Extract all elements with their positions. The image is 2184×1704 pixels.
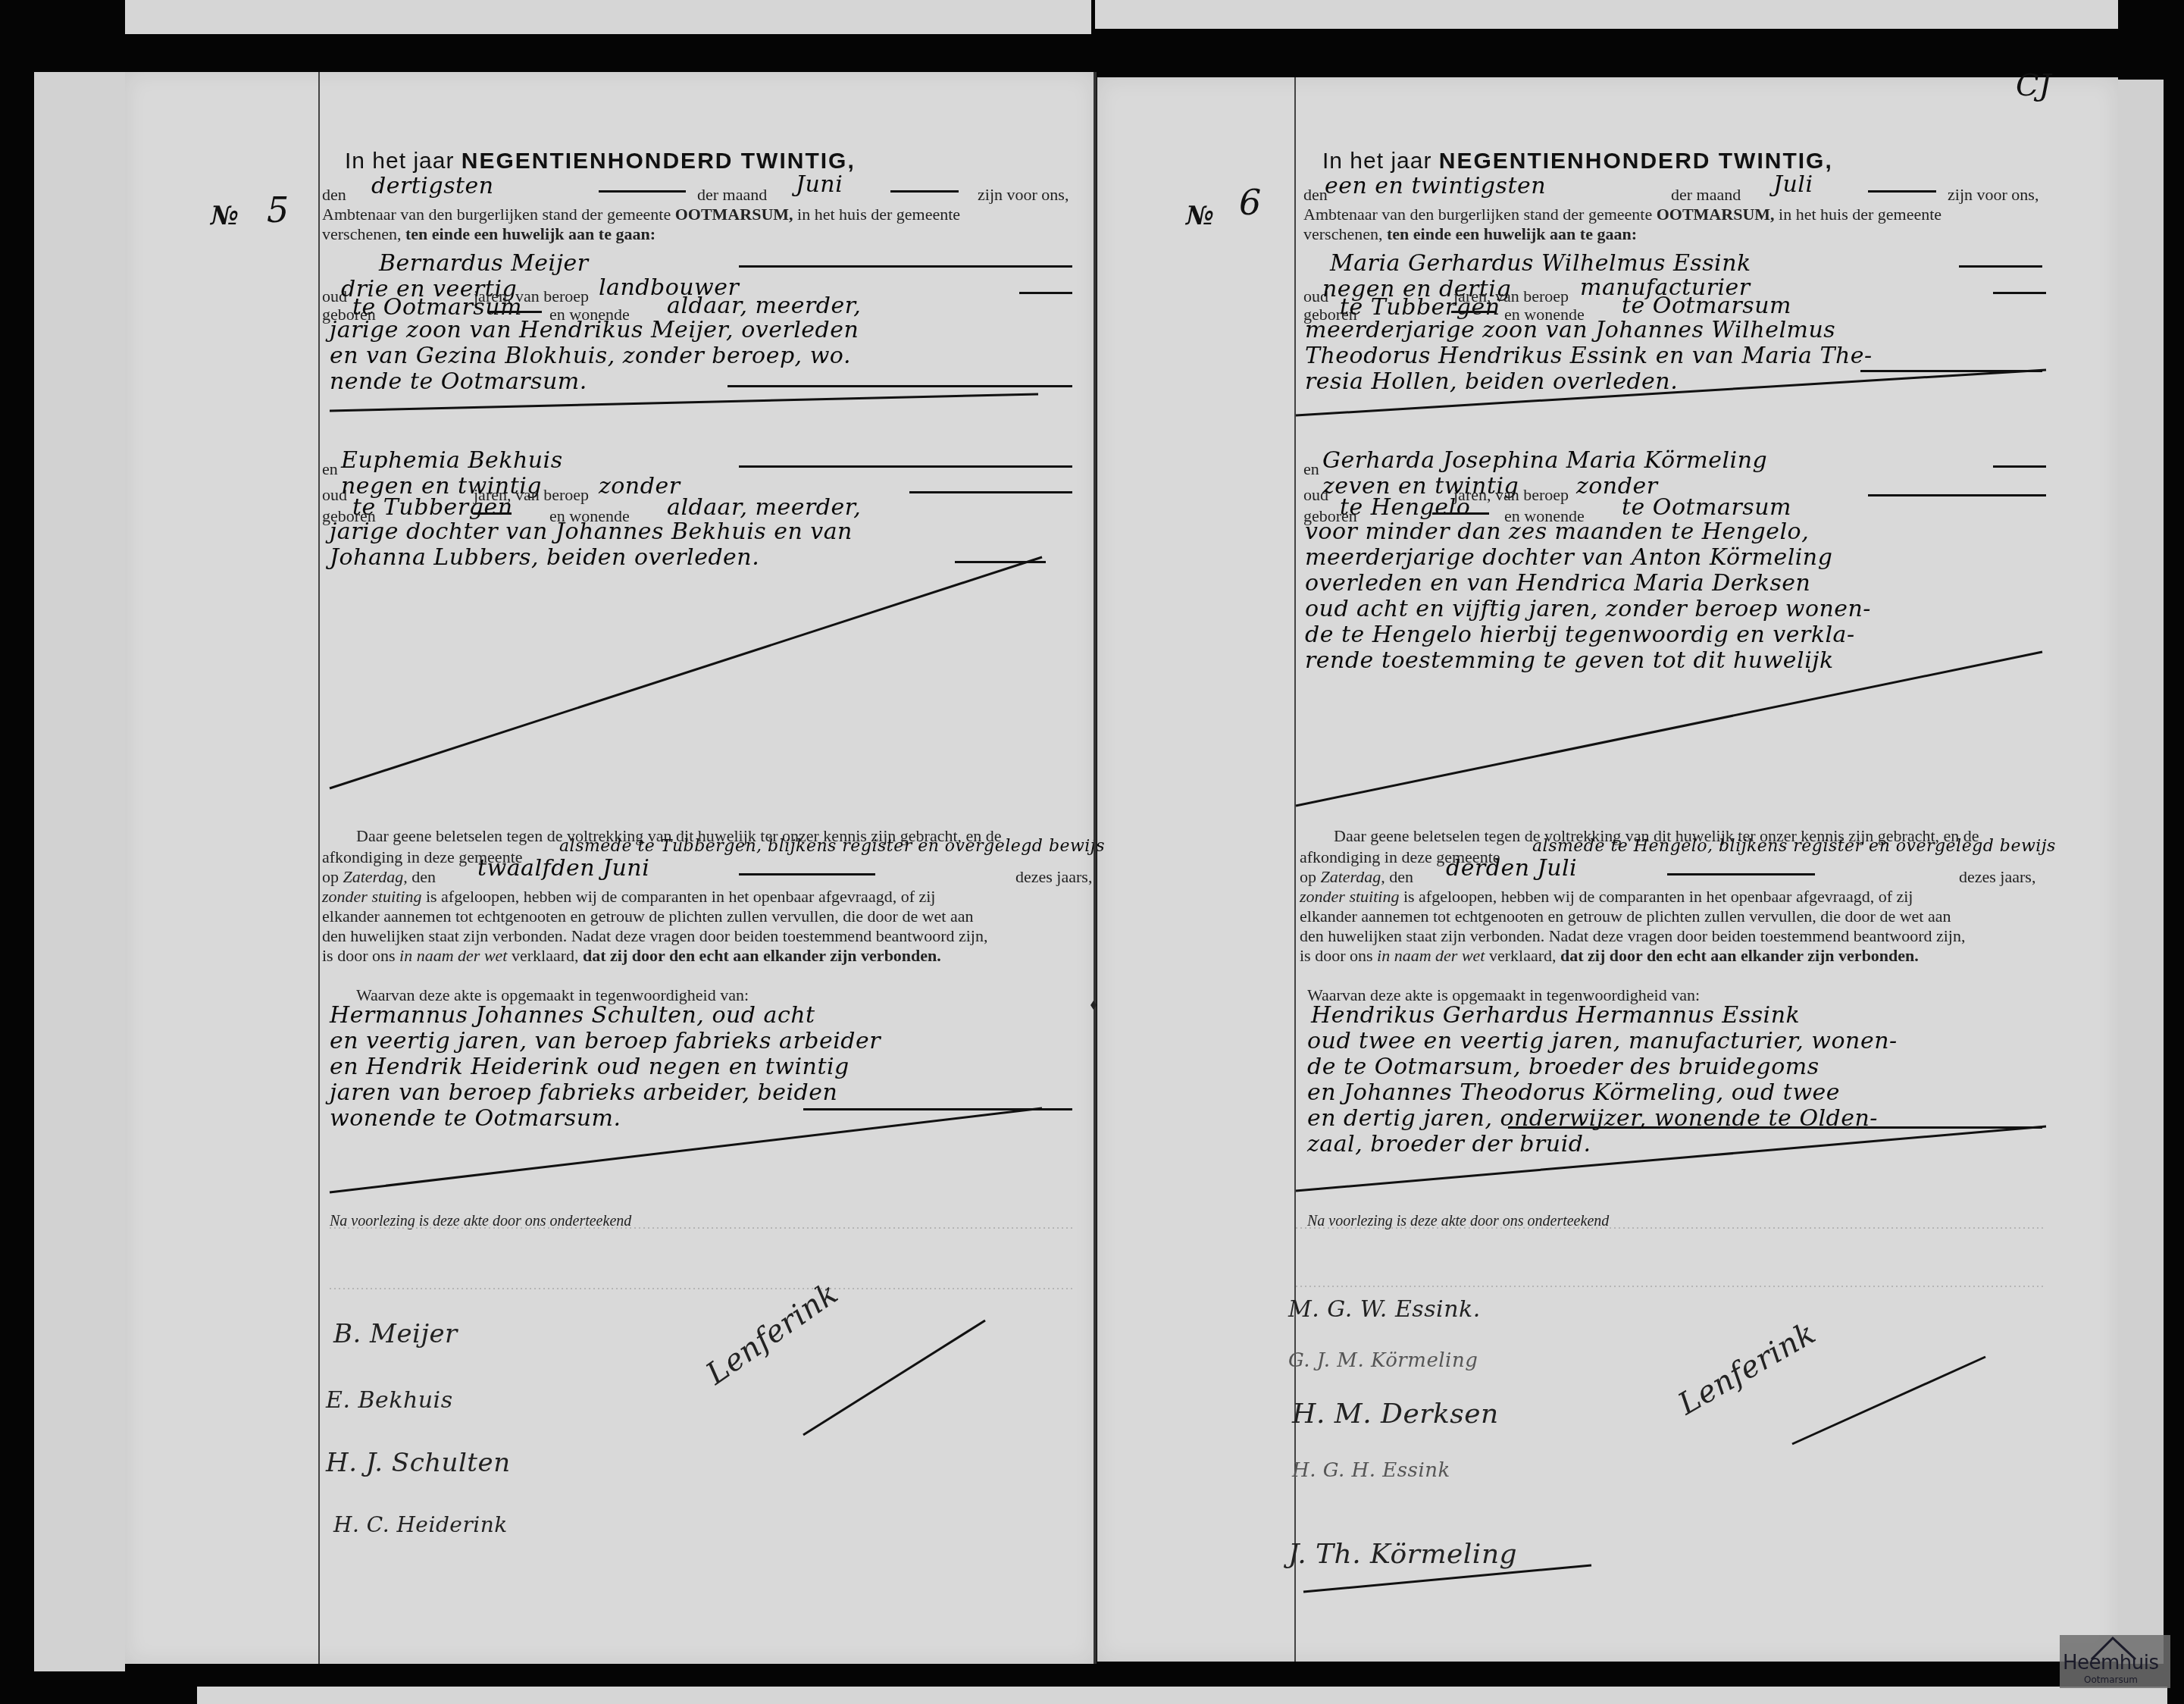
- municipality: OOTMARSUM,: [675, 205, 793, 224]
- label-der-maand: der maand: [1671, 185, 1741, 205]
- groom-extra-line: nende te Ootmarsum.: [330, 368, 587, 395]
- line-huwelijken: den huwelijken staat zijn verbonden. Nad…: [1300, 926, 1965, 946]
- witness-line: en Hendrik Heiderink oud negen en twinti…: [330, 1054, 850, 1080]
- underlying-page-left-edge: [34, 72, 125, 1671]
- label-ambtenaar: Ambtenaar van den burgerlijken stand der…: [1303, 205, 1652, 224]
- label-jaren-beroep: jaren, van beroep: [1453, 485, 1569, 505]
- next-page-strip-bottom: [197, 1687, 2167, 1704]
- label-na-voorlezing: Na voorlezing is deze akte door ons onde…: [1307, 1211, 1609, 1231]
- bride-name: Euphemia Bekhuis: [341, 447, 563, 474]
- fill-rule: [1667, 873, 1815, 875]
- signature: H. J. Schulten: [326, 1448, 511, 1478]
- label-huis: in het huis der gemeente: [1779, 205, 1942, 224]
- label-na-voorlezing: Na voorlezing is deze akte door ons onde…: [330, 1211, 631, 1231]
- heading: In het jaar NEGENTIENHONDERD TWINTIG,: [345, 152, 856, 171]
- label-zaterdag: Zaterdag,: [343, 867, 408, 886]
- bride-extra-line: Johanna Lubbers, beiden overleden.: [330, 544, 759, 571]
- fill-rule: [599, 190, 686, 193]
- line-verschenen: verschenen, ten einde een huwelijk aan t…: [322, 224, 656, 244]
- label-op: op: [1300, 867, 1316, 886]
- marriage-day: een en twintigsten: [1325, 173, 1546, 199]
- label-is-door-ons: is door ons: [1300, 946, 1373, 965]
- signature: G. J. M. Körmeling: [1288, 1349, 1478, 1372]
- label-dat-zij: dat zij door den echt aan elkander zijn …: [583, 946, 941, 965]
- fill-rule: [1508, 1126, 2042, 1129]
- witness-line: zaal, broeder der bruid.: [1307, 1131, 1591, 1157]
- label-zonder-stuiting: zonder stuiting: [1300, 887, 1399, 906]
- fill-rule: [739, 465, 1072, 468]
- line-verklaard: is door ons in naam der wet verklaard, d…: [1300, 946, 1919, 966]
- label-verklaard: verklaard,: [1489, 946, 1557, 965]
- previous-page-strip-top: [125, 0, 1091, 34]
- label-en: en: [1303, 459, 1319, 479]
- groom-name: Maria Gerhardus Wilhelmus Essink: [1330, 250, 1751, 277]
- witness-line: en veertig jaren, van beroep fabrieks ar…: [330, 1028, 881, 1054]
- fill-rule: [739, 265, 1072, 268]
- fill-rule: [1868, 494, 2046, 496]
- line-stuiting: zonder stuiting is afgeloopen, hebben wi…: [322, 887, 935, 907]
- groom-extra-line: en van Gezina Blokhuis, zonder beroep, w…: [330, 343, 851, 369]
- fill-rule: [489, 311, 542, 313]
- label-dezes-jaars: dezes jaars,: [1015, 867, 1092, 887]
- label-huis: in het huis der gemeente: [797, 205, 960, 224]
- signature: E. Bekhuis: [326, 1387, 453, 1414]
- label-den: den: [1389, 867, 1413, 886]
- fill-rule: [909, 491, 1072, 493]
- marriage-month: Juli: [1773, 171, 1813, 198]
- label-afgeloopen: is afgeloopen, hebben wij de comparanten…: [426, 887, 936, 906]
- label-der-maand: der maand: [697, 185, 767, 205]
- page-margin-line: [318, 72, 320, 1664]
- witness-line: wonende te Ootmarsum.: [330, 1105, 621, 1132]
- fill-rule: [1993, 292, 2046, 294]
- label-den: den: [411, 867, 436, 886]
- label-zonder-stuiting: zonder stuiting: [322, 887, 421, 906]
- label-ambtenaar: Ambtenaar van den burgerlijken stand der…: [322, 205, 671, 224]
- groom-extra-line: Theodorus Hendrikus Essink en van Maria …: [1305, 343, 1873, 369]
- groom-residence: te Ootmarsum: [1622, 293, 1791, 319]
- line-huwelijken: den huwelijken staat zijn verbonden. Nad…: [322, 926, 987, 946]
- groom-name: Bernardus Meijer: [379, 250, 589, 277]
- bride-birthplace: te Hengelo: [1340, 494, 1470, 521]
- zaterdag-date: derden Juli: [1446, 855, 1577, 882]
- bride-extra-line: overleden en van Hendrica Maria Derksen: [1305, 570, 1810, 597]
- label-in-naam: in naam der wet: [399, 946, 507, 965]
- bride-residence: te Ootmarsum: [1622, 494, 1791, 521]
- fill-rule: [1868, 190, 1936, 193]
- fill-rule: [1451, 311, 1497, 313]
- label-is-door-ons: is door ons: [322, 946, 396, 965]
- signature: J. Th. Körmeling: [1288, 1539, 1517, 1570]
- marriage-day: dertigsten: [371, 173, 494, 199]
- witness-line: jaren van beroep fabrieks arbeider, beid…: [330, 1079, 837, 1106]
- label-afgeloopen: is afgeloopen, hebben wij de comparanten…: [1403, 887, 1913, 906]
- witness-line: de te Ootmarsum, broeder des bruidegoms: [1307, 1054, 1819, 1080]
- record-number: 5: [267, 190, 289, 230]
- label-verschenen: verschenen,: [1303, 224, 1382, 243]
- signature: M. G. W. Essink.: [1288, 1296, 1481, 1323]
- underlying-page-right-edge: [2118, 80, 2164, 1664]
- marriage-month: Juni: [796, 171, 843, 198]
- label-en: en: [322, 459, 338, 479]
- heading-year: NEGENTIENHONDERD TWINTIG,: [462, 149, 856, 174]
- fill-rule: [1019, 292, 1072, 294]
- fill-rule: [1959, 265, 2042, 268]
- line-elkander: elkander aannemen tot echtgenooten en ge…: [1300, 907, 1951, 926]
- fill-rule: [1432, 512, 1489, 515]
- corner-mark: CJ: [2016, 68, 2051, 103]
- label-ten-einde: ten einde een huwelijk aan te gaan:: [1387, 224, 1637, 243]
- fill-rule: [474, 512, 512, 515]
- municipality: OOTMARSUM,: [1657, 205, 1775, 224]
- line-ambtenaar: Ambtenaar van den burgerlijken stand der…: [1303, 205, 1942, 224]
- line-verschenen: verschenen, ten einde een huwelijk aan t…: [1303, 224, 1637, 244]
- bride-extra-line: jarige dochter van Johannes Bekhuis en v…: [330, 518, 853, 545]
- record-number-symbol: №: [211, 201, 239, 231]
- previous-page-strip-top-right: [1095, 0, 2118, 29]
- line-stuiting: zonder stuiting is afgeloopen, hebben wi…: [1300, 887, 1913, 907]
- heading-prefix: In het jaar: [345, 149, 454, 174]
- zaterdag-date: twaalfden Juni: [477, 855, 649, 882]
- fill-rule: [1993, 465, 2046, 468]
- label-zaterdag: Zaterdag,: [1321, 867, 1385, 886]
- signature: H. C. Heiderink: [333, 1512, 508, 1537]
- heading-year: NEGENTIENHONDERD TWINTIG,: [1439, 149, 1833, 174]
- label-op: op: [322, 867, 339, 886]
- signature: H. M. Derksen: [1292, 1399, 1499, 1430]
- bride-name: Gerharda Josephina Maria Körmeling: [1322, 447, 1767, 474]
- afkondiging-detail: alsmede te Hengelo, blijkens register en…: [1532, 837, 2056, 856]
- label-verklaard: verklaard,: [512, 946, 579, 965]
- fill-rule: [727, 385, 1072, 387]
- heading: In het jaar NEGENTIENHONDERD TWINTIG,: [1322, 152, 1833, 171]
- afkondiging-detail: alsmede te Tubbergen, blijkens register …: [559, 837, 1105, 856]
- line-ambtenaar: Ambtenaar van den burgerlijken stand der…: [322, 205, 960, 224]
- bride-extra-line: de te Hengelo hierbij tegenwoordig en ve…: [1305, 622, 1855, 648]
- bride-birthplace: te Tubbergen: [352, 494, 512, 521]
- record-number: 6: [1239, 182, 1261, 223]
- label-den: den: [322, 185, 346, 205]
- fill-rule: [890, 190, 959, 193]
- label-ten-einde: ten einde een huwelijk aan te gaan:: [405, 224, 656, 243]
- heemhuis-watermark-logo: Heemhuis Ootmarsum: [2060, 1635, 2170, 1688]
- bride-extra-line: oud acht en vijftig jaren, zonder beroep…: [1305, 596, 1871, 622]
- signature: H. G. H. Essink: [1292, 1459, 1450, 1482]
- fill-rule: [1860, 370, 2042, 372]
- bride-extra-line: meerderjarige dochter van Anton Körmelin…: [1305, 544, 1832, 571]
- label-den: den: [1303, 185, 1328, 205]
- watermark-sub: Ootmarsum: [2084, 1674, 2138, 1685]
- groom-residence: aldaar, meerder,: [667, 293, 861, 319]
- label-dezes-jaars: dezes jaars,: [1959, 867, 2035, 887]
- groom-extra-line: resia Hollen, beiden overleden.: [1305, 368, 1678, 395]
- record-number-symbol: №: [1186, 201, 1214, 231]
- witness-line: en Johannes Theodorus Körmeling, oud twe…: [1307, 1079, 1840, 1106]
- fill-rule: [955, 561, 1046, 563]
- line-verklaard: is door ons in naam der wet verklaard, d…: [322, 946, 941, 966]
- witness-line: oud twee en veertig jaren, manufacturier…: [1307, 1028, 1898, 1054]
- line-elkander: elkander aannemen tot echtgenooten en ge…: [322, 907, 974, 926]
- line-zaterdag: op Zaterdag, den: [322, 867, 436, 887]
- witness-line: Hendrikus Gerhardus Hermannus Essink: [1311, 1002, 1800, 1029]
- bride-extra-line: rende toestemming te geven tot dit huwel…: [1305, 647, 1834, 674]
- bride-extra-line: voor minder dan zes maanden te Hengelo,: [1305, 518, 1809, 545]
- label-dat-zij: dat zij door den echt aan elkander zijn …: [1560, 946, 1919, 965]
- groom-extra-line: jarige zoon van Hendrikus Meijer, overle…: [330, 317, 859, 343]
- label-zijn-voor-ons: zijn voor ons,: [978, 185, 1069, 205]
- fill-rule: [739, 873, 875, 875]
- heading-prefix: In het jaar: [1322, 149, 1431, 174]
- signature: B. Meijer: [333, 1319, 458, 1349]
- label-in-naam: in naam der wet: [1377, 946, 1485, 965]
- watermark-name: Heemhuis: [2063, 1652, 2159, 1674]
- groom-extra-line: meerderjarige zoon van Johannes Wilhelmu…: [1305, 317, 1835, 343]
- bride-residence: aldaar, meerder,: [667, 494, 861, 521]
- label-zijn-voor-ons: zijn voor ons,: [1948, 185, 2039, 205]
- witness-line: Hermannus Johannes Schulten, oud acht: [330, 1002, 815, 1029]
- line-zaterdag: op Zaterdag, den: [1300, 867, 1413, 887]
- fill-rule: [803, 1108, 1072, 1110]
- label-verschenen: verschenen,: [322, 224, 401, 243]
